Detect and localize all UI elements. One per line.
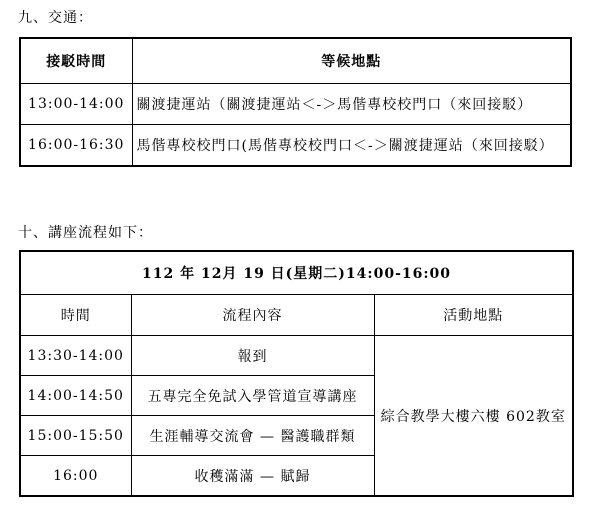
schedule-row-4-time: 16:00	[20, 456, 131, 497]
transport-header-location: 等候地點	[132, 38, 571, 84]
transport-row-2: 16:00-16:30 馬偕專校校門口(馬偕專校校門口＜-＞關渡捷運站（來回接駁…	[20, 125, 571, 167]
schedule-header-content: 流程內容	[131, 295, 374, 336]
schedule-header-row: 時間 流程內容 活動地點	[20, 295, 573, 336]
section-9-title: 九、交通：	[18, 0, 592, 28]
schedule-row-1-time: 13:30-14:00	[20, 336, 131, 376]
schedule-header-venue: 活動地點	[374, 295, 573, 336]
schedule-row-3-content: 生涯輔導交流會 — 醫護職群類	[131, 416, 374, 456]
schedule-row-4-content: 收穫滿滿 — 賦歸	[131, 456, 374, 497]
schedule-row-1-content: 報到	[131, 336, 374, 376]
schedule-row-1: 13:30-14:00 報到 綜合教學大樓六樓 602教室	[20, 336, 573, 376]
schedule-row-2-content: 五專完全免試入學管道宣導講座	[131, 376, 374, 416]
transport-row-2-location: 馬偕專校校門口(馬偕專校校門口＜-＞關渡捷運站（來回接駁）	[132, 125, 571, 167]
schedule-table: 112 年 12月 19 日(星期二)14:00-16:00 時間 流程內容 活…	[19, 250, 574, 497]
document-page: 九、交通： 接駁時間 等候地點 13:00-14:00 關渡捷運站（關渡捷運站＜…	[0, 0, 592, 508]
transport-header-time: 接駁時間	[20, 38, 132, 84]
schedule-row-3-time: 15:00-15:50	[20, 416, 131, 456]
transport-row-1-time: 13:00-14:00	[20, 84, 132, 125]
schedule-row-2-time: 14:00-14:50	[20, 376, 131, 416]
schedule-date-header: 112 年 12月 19 日(星期二)14:00-16:00	[20, 251, 573, 295]
transport-row-1-location: 關渡捷運站（關渡捷運站＜-＞馬偕專校校門口（來回接駁）	[132, 84, 571, 125]
section-10-title: 十、講座流程如下：	[18, 223, 592, 243]
transport-header-row: 接駁時間 等候地點	[20, 38, 571, 84]
schedule-header-time: 時間	[20, 295, 131, 336]
schedule-venue: 綜合教學大樓六樓 602教室	[374, 336, 573, 497]
transport-table: 接駁時間 等候地點 13:00-14:00 關渡捷運站（關渡捷運站＜-＞馬偕專校…	[19, 37, 572, 167]
transport-row-2-time: 16:00-16:30	[20, 125, 132, 167]
transport-row-1: 13:00-14:00 關渡捷運站（關渡捷運站＜-＞馬偕專校校門口（來回接駁）	[20, 84, 571, 125]
schedule-date-row: 112 年 12月 19 日(星期二)14:00-16:00	[20, 251, 573, 295]
